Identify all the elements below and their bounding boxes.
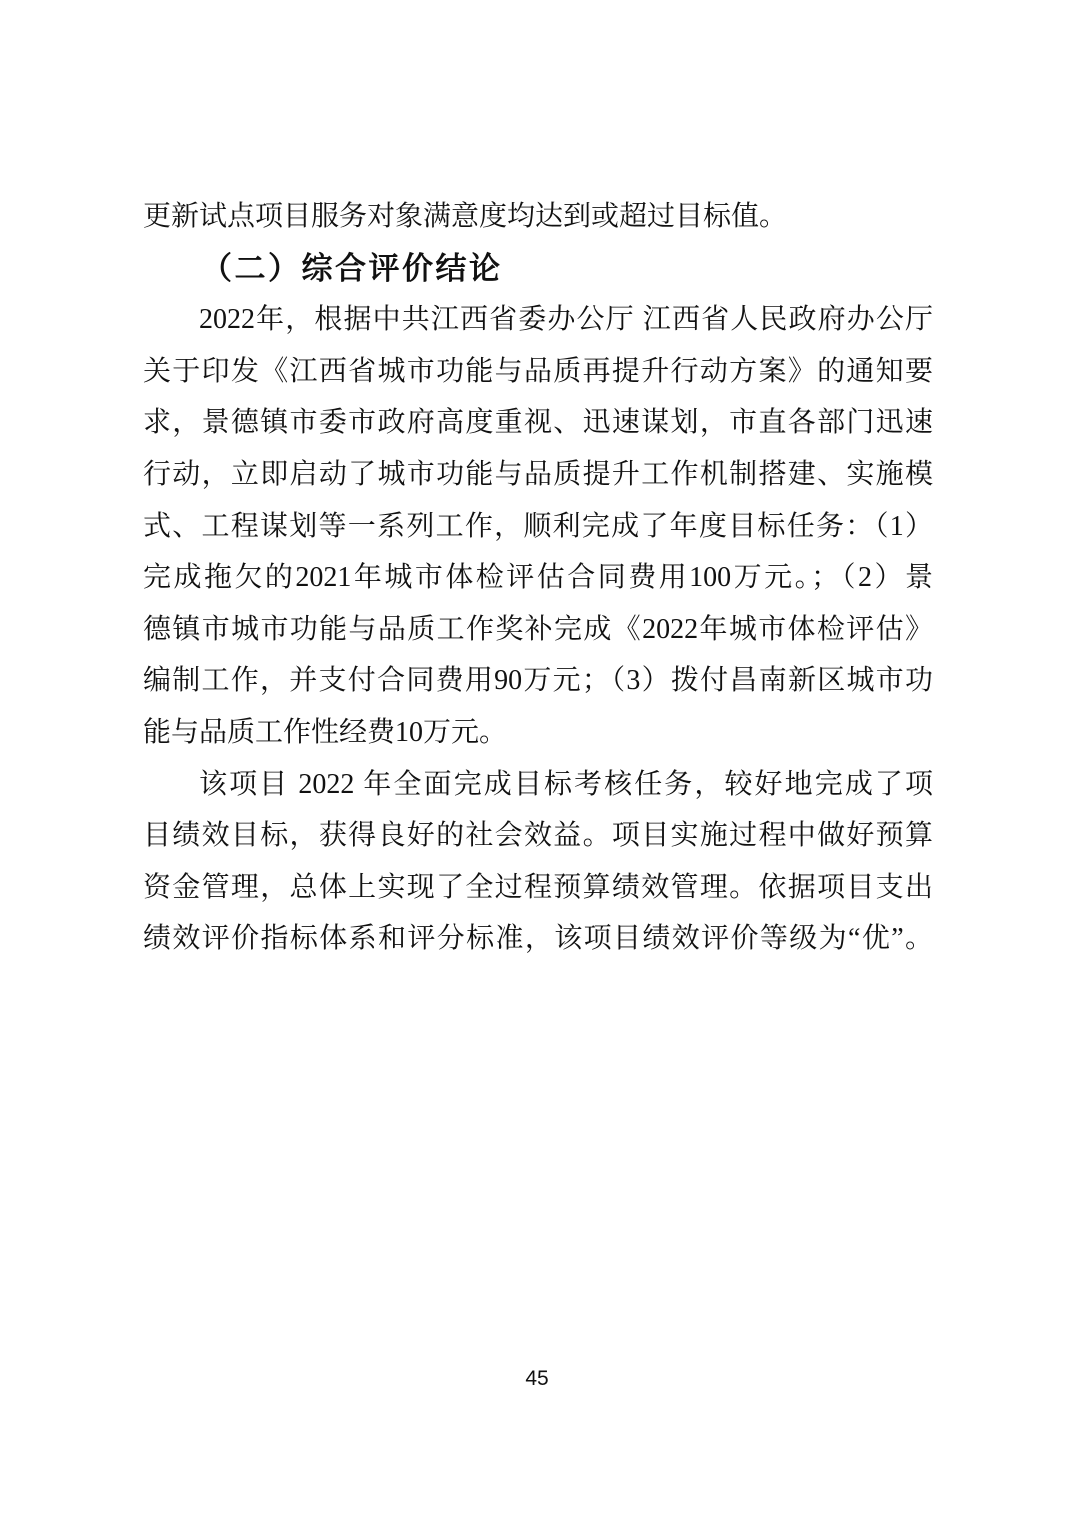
page-number: 45	[0, 1367, 1074, 1391]
body-line: 关于印发《江西省城市功能与品质再提升行动方案》的通知要	[143, 346, 933, 398]
body-line: 完成拖欠的2021年城市体检评估合同费用100万元。；（2）景	[143, 552, 933, 604]
document-page: 更新试点项目服务对象满意度均达到或超过目标值。 （二）综合评价结论 2022年，…	[0, 0, 1074, 1520]
paragraph-continuation-line: 更新试点项目服务对象满意度均达到或超过目标值。	[143, 191, 933, 243]
body-line: 式、工程谋划等一系列工作，顺利完成了年度目标任务：（1）	[143, 501, 933, 553]
body-line: 2022年，根据中共江西省委办公厅 江西省人民政府办公厅	[143, 294, 933, 346]
body-line: 德镇市城市功能与品质工作奖补完成《2022年城市体检评估》	[143, 604, 933, 656]
body-line: 能与品质工作性经费10万元。	[143, 707, 933, 759]
section-heading: （二）综合评价结论	[143, 243, 933, 295]
body-line: 行动，立即启动了城市功能与品质提升工作机制搭建、实施模	[143, 449, 933, 501]
body-line: 该项目 2022 年全面完成目标考核任务，较好地完成了项	[143, 759, 933, 811]
body-line: 编制工作，并支付合同费用90万元；（3）拨付昌南新区城市功	[143, 655, 933, 707]
body-line: 资金管理，总体上实现了全过程预算绩效管理。依据项目支出	[143, 862, 933, 914]
body-line: 绩效评价指标体系和评分标准，该项目绩效评价等级为“优”。	[143, 913, 933, 965]
document-body: 更新试点项目服务对象满意度均达到或超过目标值。 （二）综合评价结论 2022年，…	[143, 191, 933, 965]
body-line: 求，景德镇市委市政府高度重视、迅速谋划，市直各部门迅速	[143, 397, 933, 449]
body-line: 目绩效目标，获得良好的社会效益。项目实施过程中做好预算	[143, 810, 933, 862]
